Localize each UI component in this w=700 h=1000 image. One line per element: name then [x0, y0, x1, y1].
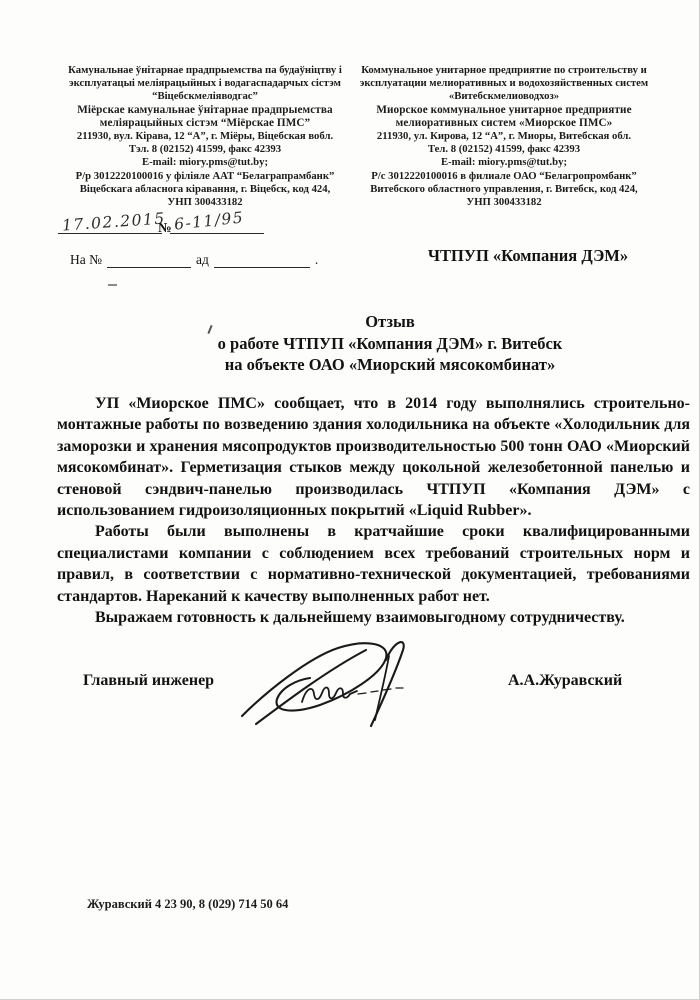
title-line: Отзыв [90, 311, 690, 333]
letterhead-line: эксплуатацыі меліярацыйных і водагаспада… [54, 77, 356, 90]
title-line: о работе ЧТПУП «Компания ДЭМ» г. Витебск [90, 333, 690, 355]
reply-number-label: На № [70, 252, 102, 267]
scanned-letter-page: Камунальнае ўнітарнае прадпрыемства па б… [0, 0, 700, 1000]
signer-position: Главный инженер [83, 672, 214, 690]
bank-line: Р/с 3012220100016 в филиале ОАО “Белагро… [356, 170, 652, 183]
signer-name: А.А.Журавский [508, 672, 622, 690]
letterhead-belarusian: Камунальнае ўнітарнае прадпрыемства па б… [54, 64, 356, 209]
document-title: Отзыв о работе ЧТПУП «Компания ДЭМ» г. В… [90, 311, 690, 376]
bank-line: Р/р 3012220100016 у філіяле ААТ “Белагра… [54, 170, 356, 183]
executor-contact: Журавский 4 23 90, 8 (029) 714 50 64 [87, 897, 288, 912]
letter-body: УП «Миорское ПМС» сообщает, что в 2014 г… [57, 393, 690, 628]
title-line: на объекте ОАО «Миорский мясокомбинат» [90, 354, 690, 376]
letterhead-line: «Витебскмелиоводхоз» [356, 90, 652, 103]
phone-line: Тел. 8 (02152) 41599, факс 42393 [356, 143, 652, 156]
paragraph: УП «Миорское ПМС» сообщает, что в 2014 г… [57, 393, 690, 521]
reference-block: 17.02.2015 № 6-11/95 На №ад. [56, 212, 366, 274]
reply-number-underline [107, 254, 191, 268]
email-line: E-mail: miory.pms@tut.by; [356, 156, 652, 169]
paragraph: Выражаем готовность к дальнейшему взаимо… [57, 607, 690, 628]
company-name: меліярацыйных сістэм “Міёрскае ПМС” [54, 117, 356, 130]
company-name: Миорское коммунальное унитарное предприя… [356, 104, 652, 117]
email-line: E-mail: miory.pms@tut.by; [54, 156, 356, 169]
letterhead-russian: Коммунальное унитарное предприятие по ст… [356, 64, 652, 209]
company-name: Міёрскае камунальнае ўнітарнае прадпрыем… [54, 104, 356, 117]
bank-line: Витебского областного управления, г. Вит… [356, 183, 652, 196]
period: . [315, 252, 318, 267]
letterhead-line: Коммунальное унитарное предприятие по ст… [356, 64, 652, 77]
reply-from-label: ад [196, 252, 209, 267]
address-line: 211930, ул. Кирова, 12 “А”, г. Миоры, Ви… [356, 130, 652, 143]
letterhead-line: Камунальнае ўнітарнае прадпрыемства па б… [54, 64, 356, 77]
company-name: мелиоративных систем «Миорское ПМС» [356, 117, 652, 130]
address-line: 211930, вул. Кірава, 12 “А”, г. Міёры, В… [54, 130, 356, 143]
handwritten-signature-icon [236, 630, 421, 732]
reply-reference-row: На №ад. [70, 252, 318, 268]
letterhead-line: “Віцебскмеліяводгас” [54, 90, 356, 103]
letterhead-line: эксплуатации мелиоративных и водохозяйст… [356, 77, 652, 90]
reply-date-underline [214, 254, 310, 268]
bank-line: Віцебскага абласнога кіравання, г. Віцеб… [54, 183, 356, 196]
unp-line: УНП 300433182 [54, 196, 356, 209]
unp-line: УНП 300433182 [356, 196, 652, 209]
recipient-name: ЧТПУП «Компания ДЭМ» [398, 246, 658, 266]
paragraph: Работы были выполнены в кратчайшие сроки… [57, 521, 690, 607]
scan-artifact [108, 284, 117, 286]
phone-line: Тэл. 8 (02152) 41599, факс 42393 [54, 143, 356, 156]
